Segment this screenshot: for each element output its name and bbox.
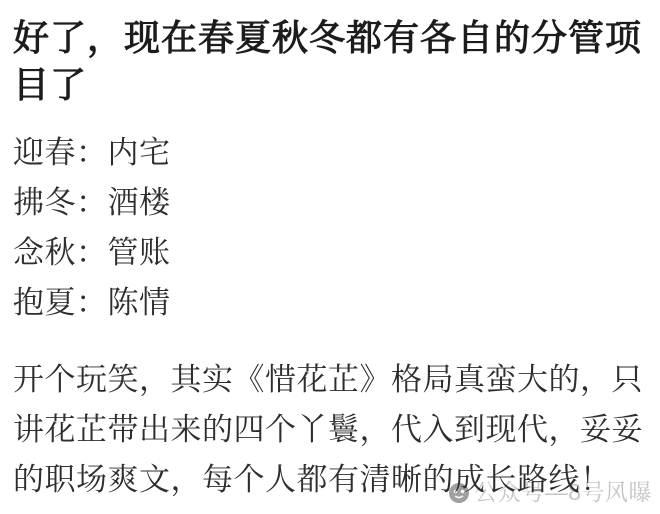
article-heading: 好了，现在春夏秋冬都有各自的分管项目了 bbox=[13, 14, 647, 108]
assignment-item-yingchun: 迎春：内宅 bbox=[13, 128, 647, 178]
article-page: 好了，现在春夏秋冬都有各自的分管项目了 迎春：内宅 拂冬：酒楼 念秋：管账 抱夏… bbox=[0, 0, 660, 514]
article-paragraph: 开个玩笑，其实《惜花芷》格局真蛮大的，只讲花芷带出来的四个丫鬟，代入到现代，妥妥… bbox=[13, 355, 647, 505]
assignment-item-nianqiu: 念秋：管账 bbox=[13, 228, 647, 278]
assignment-item-fudong: 拂冬：酒楼 bbox=[13, 178, 647, 228]
assignment-list: 迎春：内宅 拂冬：酒楼 念秋：管账 抱夏：陈情 bbox=[13, 128, 647, 328]
assignment-item-baoxia: 抱夏：陈情 bbox=[13, 278, 647, 328]
